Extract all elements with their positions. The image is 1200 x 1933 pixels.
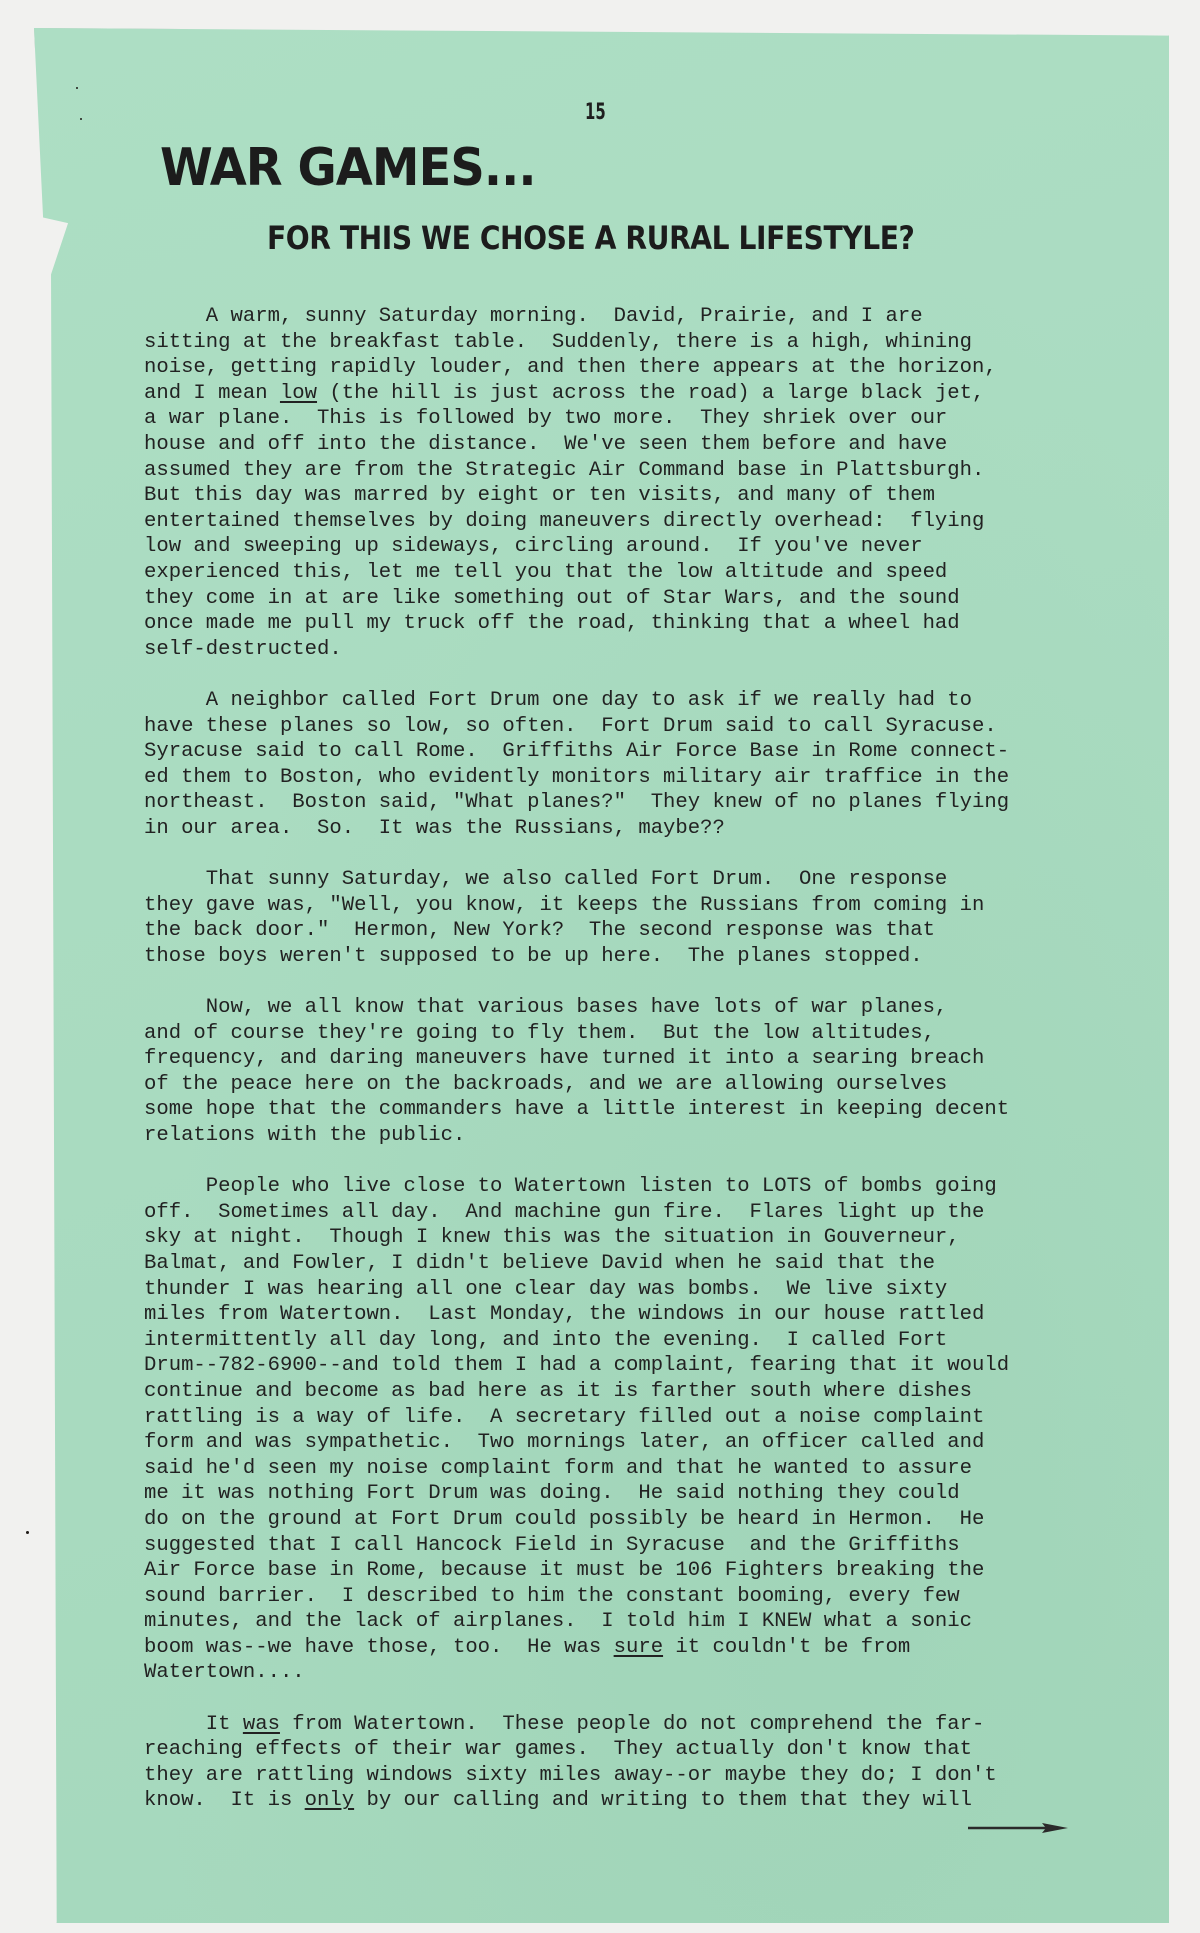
article-subtitle: FOR THIS WE CHOSE A RURAL LIFESTYLE? xyxy=(267,222,914,254)
paragraph: A neighbor called Fort Drum one day to a… xyxy=(144,688,1104,842)
text-line: the back door." Hermon, New York? The se… xyxy=(144,918,1104,944)
text-line: That sunny Saturday, we also called Fort… xyxy=(144,867,1104,893)
text-line: northeast. Boston said, "What planes?" T… xyxy=(144,790,1104,816)
text-line: Watertown.... xyxy=(144,1660,1104,1686)
paragraph: Now, we all know that various bases have… xyxy=(144,995,1104,1149)
text-line: some hope that the commanders have a lit… xyxy=(144,1097,1104,1123)
article-body: A warm, sunny Saturday morning. David, P… xyxy=(144,304,1104,1840)
text-line: house and off into the distance. We've s… xyxy=(144,432,1104,458)
text-line: Syracuse said to call Rome. Griffiths Ai… xyxy=(144,739,1104,765)
text-line: low and sweeping up sideways, circling a… xyxy=(144,534,1104,560)
text-line: have these planes so low, so often. Fort… xyxy=(144,714,1104,740)
text-line: once made me pull my truck off the road,… xyxy=(144,611,1104,637)
text-line: self-destructed. xyxy=(144,637,1104,663)
text-line: entertained themselves by doing maneuver… xyxy=(144,509,1104,535)
text-line: A warm, sunny Saturday morning. David, P… xyxy=(144,304,1104,330)
text-line: they are rattling windows sixty miles aw… xyxy=(144,1763,1104,1789)
text-line: But this day was marred by eight or ten … xyxy=(144,483,1104,509)
article-title: WAR GAMES... xyxy=(160,142,536,194)
text-line: sitting at the breakfast table. Suddenly… xyxy=(144,330,1104,356)
arrow-right-icon xyxy=(968,1822,1068,1834)
text-line: relations with the public. xyxy=(144,1123,1104,1149)
text-line: People who live close to Watertown liste… xyxy=(144,1174,1104,1200)
text-line: noise, getting rapidly louder, and then … xyxy=(144,355,1104,381)
text-line: they gave was, "Well, you know, it keeps… xyxy=(144,893,1104,919)
text-line: A neighbor called Fort Drum one day to a… xyxy=(144,688,1104,714)
text-line: Balmat, and Fowler, I didn't believe Dav… xyxy=(144,1251,1104,1277)
text-line: minutes, and the lack of airplanes. I to… xyxy=(144,1609,1104,1635)
paragraph: That sunny Saturday, we also called Fort… xyxy=(144,867,1104,969)
text-line: of the peace here on the backroads, and … xyxy=(144,1072,1104,1098)
text-line: and of course they're going to fly them.… xyxy=(144,1021,1104,1047)
text-line: know. It is only by our calling and writ… xyxy=(144,1788,1104,1814)
text-line: reaching effects of their war games. The… xyxy=(144,1737,1104,1763)
text-line: form and was sympathetic. Two mornings l… xyxy=(144,1430,1104,1456)
ink-speck xyxy=(76,87,78,89)
text-line: a war plane. This is followed by two mor… xyxy=(144,406,1104,432)
text-line: frequency, and daring maneuvers have tur… xyxy=(144,1046,1104,1072)
text-line: assumed they are from the Strategic Air … xyxy=(144,458,1104,484)
text-line: intermittently all day long, and into th… xyxy=(144,1328,1104,1354)
text-line: suggested that I call Hancock Field in S… xyxy=(144,1533,1104,1559)
text-line: rattling is a way of life. A secretary f… xyxy=(144,1405,1104,1431)
text-line: experienced this, let me tell you that t… xyxy=(144,560,1104,586)
text-line: do on the ground at Fort Drum could poss… xyxy=(144,1507,1104,1533)
text-line: miles from Watertown. Last Monday, the w… xyxy=(144,1302,1104,1328)
text-line: me it was nothing Fort Drum was doing. H… xyxy=(144,1481,1104,1507)
text-line: thunder I was hearing all one clear day … xyxy=(144,1277,1104,1303)
text-line: ed them to Boston, who evidently monitor… xyxy=(144,765,1104,791)
underlined-word: low xyxy=(280,382,317,405)
text-line: said he'd seen my noise complaint form a… xyxy=(144,1456,1104,1482)
text-line: sky at night. Though I knew this was the… xyxy=(144,1225,1104,1251)
text-line: and I mean low (the hill is just across … xyxy=(144,381,1104,407)
paragraph: People who live close to Watertown liste… xyxy=(144,1174,1104,1686)
text-line: It was from Watertown. These people do n… xyxy=(144,1712,1104,1738)
text-line: Air Force base in Rome, because it must … xyxy=(144,1558,1104,1584)
text-line: off. Sometimes all day. And machine gun … xyxy=(144,1200,1104,1226)
text-line: sound barrier. I described to him the co… xyxy=(144,1584,1104,1610)
text-line: continue and become as bad here as it is… xyxy=(144,1379,1104,1405)
text-line: those boys weren't supposed to be up her… xyxy=(144,944,1104,970)
text-line: they come in at are like something out o… xyxy=(144,586,1104,612)
text-line: in our area. So. It was the Russians, ma… xyxy=(144,816,1104,842)
underlined-word: was xyxy=(243,1713,280,1736)
ink-speck xyxy=(80,118,82,120)
text-line: Now, we all know that various bases have… xyxy=(144,995,1104,1021)
paragraph: A warm, sunny Saturday morning. David, P… xyxy=(144,304,1104,662)
page-number: 15 xyxy=(585,100,606,125)
ink-speck xyxy=(26,1531,29,1534)
underlined-word: sure xyxy=(614,1636,663,1659)
paragraph: It was from Watertown. These people do n… xyxy=(144,1712,1104,1814)
text-line: boom was--we have those, too. He was sur… xyxy=(144,1635,1104,1661)
text-line: Drum--782-6900--and told them I had a co… xyxy=(144,1353,1104,1379)
underlined-word: only xyxy=(305,1789,354,1812)
